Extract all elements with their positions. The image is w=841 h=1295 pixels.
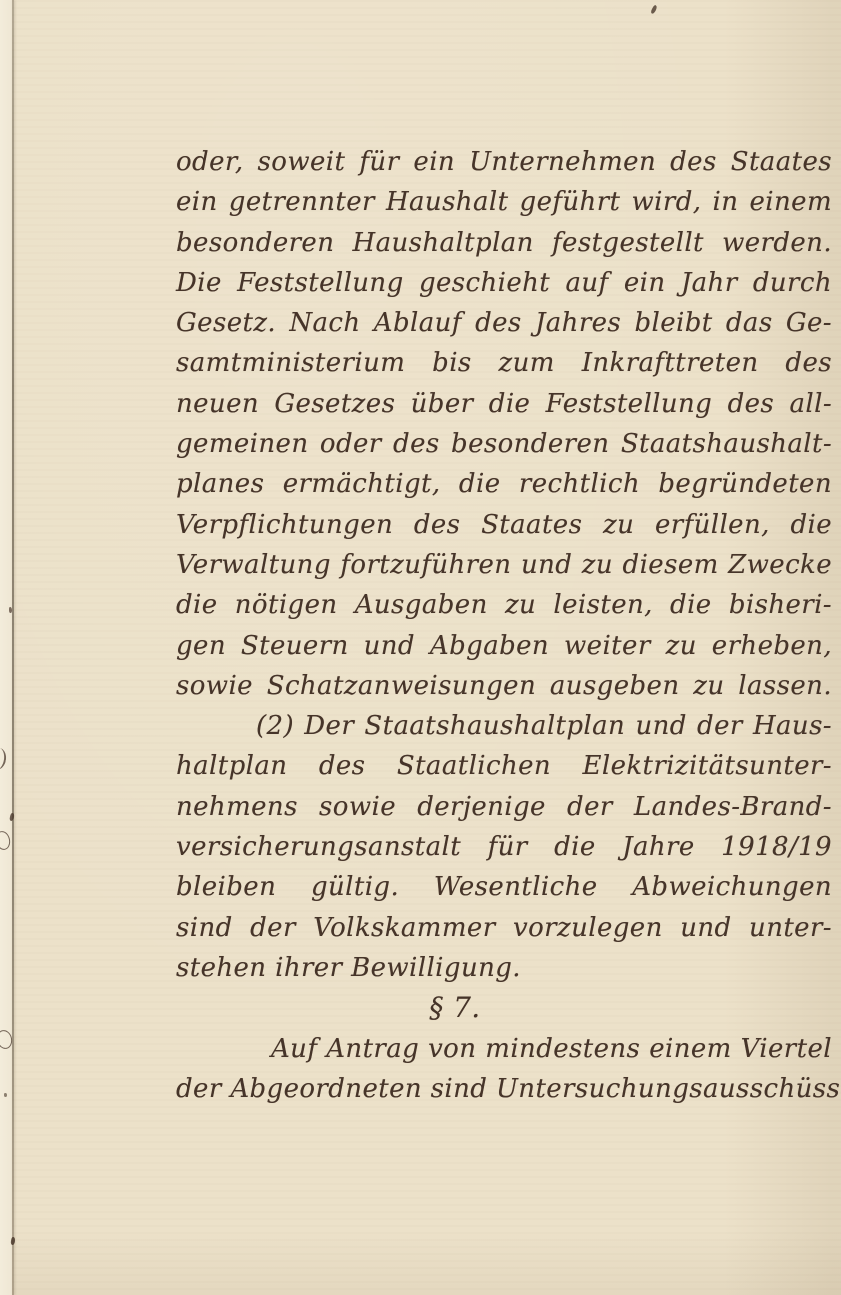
- manuscript-line: der Abgeordneten sind Untersuchungsaussc…: [176, 1069, 832, 1109]
- manuscript-line: ein getrennter Haushalt geführt wird, in…: [176, 182, 832, 222]
- manuscript-line: gemeinen oder des besonderen Staatshaush…: [176, 424, 832, 464]
- scanned-manuscript-page: oder, soweit für ein Unternehmen des Sta…: [0, 0, 841, 1295]
- manuscript-line: Gesetz. Nach Ablauf des Jahres bleibt da…: [176, 303, 832, 343]
- manuscript-line: Verpflichtungen des Staates zu erfüllen,…: [176, 505, 832, 545]
- manuscript-line: oder, soweit für ein Unternehmen des Sta…: [176, 142, 832, 182]
- manuscript-line: samtministerium bis zum Inkrafttreten de…: [176, 343, 832, 383]
- manuscript-line: neuen Gesetzes über die Feststellung des…: [176, 384, 832, 424]
- manuscript-line: gen Steuern und Abgaben weiter zu erhebe…: [176, 626, 832, 666]
- manuscript-line: sowie Schatzanweisungen ausgeben zu lass…: [176, 666, 832, 706]
- manuscript-text-block: oder, soweit für ein Unternehmen des Sta…: [176, 142, 832, 1109]
- page-fold-line: [12, 0, 14, 1295]
- manuscript-line: besonderen Haushaltplan festgestellt wer…: [176, 223, 832, 263]
- manuscript-line: bleiben gültig. Wesentliche Abweichungen: [176, 867, 832, 907]
- ink-speck: [650, 5, 658, 15]
- manuscript-line: (2) Der Staatshaushaltplan und der Haus-: [176, 706, 832, 746]
- manuscript-line: stehen ihrer Bewilligung.: [176, 948, 832, 988]
- manuscript-line: versicherungsanstalt für die Jahre 1918/…: [176, 827, 832, 867]
- manuscript-line: die nötigen Ausgaben zu leisten, die bis…: [176, 585, 832, 625]
- manuscript-line: nehmens sowie derjenige der Landes-Brand…: [176, 787, 832, 827]
- manuscript-line: Verwaltung fortzuführen und zu diesem Zw…: [176, 545, 832, 585]
- manuscript-line: haltplan des Staatlichen Elektrizitätsun…: [176, 746, 832, 786]
- binding-page-edge: [0, 0, 12, 1295]
- manuscript-line: Auf Antrag von mindestens einem Viertel: [176, 1029, 832, 1069]
- manuscript-line: sind der Volkskammer vorzulegen und unte…: [176, 908, 832, 948]
- manuscript-line: § 7.: [176, 988, 832, 1028]
- manuscript-line: Die Feststellung geschieht auf ein Jahr …: [176, 263, 832, 303]
- manuscript-line: planes ermächtigt, die rechtlich begründ…: [176, 464, 832, 504]
